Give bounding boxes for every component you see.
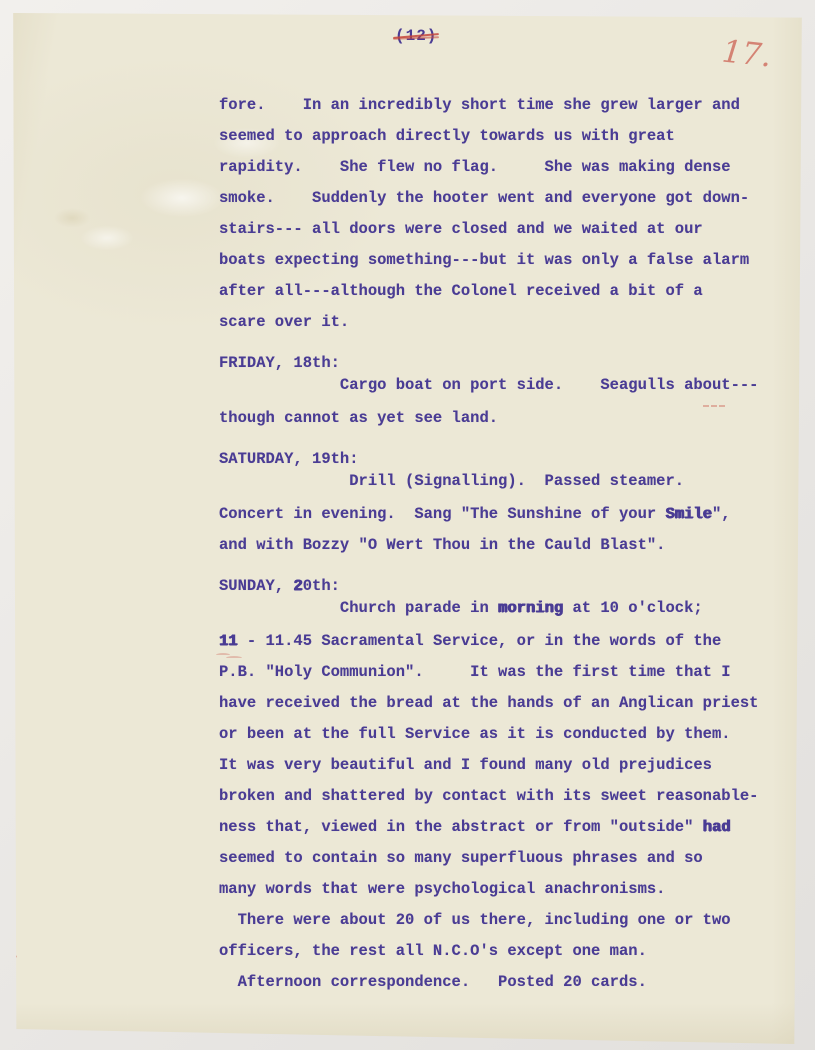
text-line: fore. In an incredibly short time she gr… <box>219 90 794 121</box>
text-line: Cargo boat on port side. Seagulls about-… <box>219 374 794 403</box>
text-line: seemed to approach directly towards us w… <box>219 121 794 152</box>
text-line: stairs--- all doors were closed and we w… <box>219 214 794 245</box>
text-line: boats expecting something---but it was o… <box>219 245 794 276</box>
text-line: P.B. "Holy Communion". It was the first … <box>219 657 794 688</box>
overstruck-word: Smile <box>665 505 712 523</box>
text-line: 11 - 11.45 Sacramental Service, or in th… <box>219 626 794 657</box>
text-line: officers, the rest all N.C.O's except on… <box>219 936 794 967</box>
overstruck-word: had <box>703 818 731 836</box>
text-line: have received the bread at the hands of … <box>219 688 794 719</box>
text-line: There were about 20 of us there, includi… <box>219 905 794 936</box>
date-heading: SUNDAY, 20th: <box>219 575 794 597</box>
text-line: though cannot as yet see land. <box>219 403 794 434</box>
text-line: ness that, viewed in the abstract or fro… <box>219 812 794 843</box>
text-line: Church parade in morning at 10 o'clock; <box>219 597 794 626</box>
text-line: seemed to contain so many superfluous ph… <box>219 843 794 874</box>
text-line: smoke. Suddenly the hooter went and ever… <box>219 183 794 214</box>
scan-background: { "page": { "ink_color": "#4a3c94", "red… <box>0 0 815 1050</box>
overstruck-word: 2 <box>293 577 302 595</box>
document-lines: fore. In an incredibly short time she gr… <box>219 13 794 998</box>
red-pencil-dash-mark <box>703 405 725 407</box>
overstruck-word: morning <box>498 599 563 617</box>
text-line: scare over it. <box>219 307 794 338</box>
date-heading: SATURDAY, 19th: <box>219 448 794 470</box>
text-line: Concert in evening. Sang "The Sunshine o… <box>219 499 794 530</box>
text-line: or been at the full Service as it is con… <box>219 719 794 750</box>
text-line: rapidity. She flew no flag. She was maki… <box>219 152 794 183</box>
text-line: It was very beautiful and I found many o… <box>219 750 794 781</box>
text-line: Afternoon correspondence. Posted 20 card… <box>219 967 794 998</box>
text-line: and with Bozzy "O Wert Thou in the Cauld… <box>219 530 794 561</box>
text-line: broken and shattered by contact with its… <box>219 781 794 812</box>
paper-sheet: (12) 17. fore. In an incredibly short ti… <box>12 13 803 1044</box>
red-fleck-mark <box>12 955 17 958</box>
text-line: many words that were psychological anach… <box>219 874 794 905</box>
text-line: Drill (Signalling). Passed steamer. <box>219 470 794 499</box>
red-pencil-squiggle-mark <box>216 653 246 661</box>
date-heading: FRIDAY, 18th: <box>219 352 794 374</box>
text-line: after all---although the Colonel receive… <box>219 276 794 307</box>
overstruck-word: 11 <box>219 632 238 650</box>
